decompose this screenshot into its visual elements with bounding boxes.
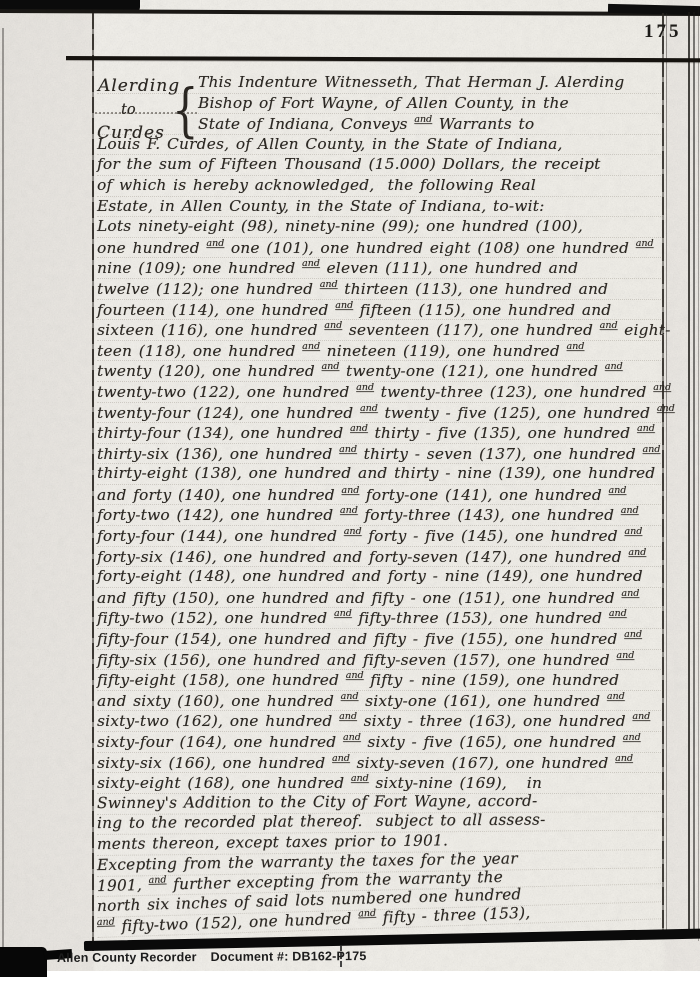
deed-line: fifty-four (154), one hundred and fifty …: [97, 629, 663, 650]
deed-line: forty-eight (148), one hundred and forty…: [97, 567, 663, 588]
deed-line: sixty-six (166), one hundred and sixty-s…: [97, 753, 663, 774]
deed-line: forty-four (144), one hundred and forty …: [97, 526, 663, 547]
deed-line: forty-six (146), one hundred and forty-s…: [97, 547, 663, 568]
deed-line: of which is hereby acknowledged, the fol…: [97, 176, 663, 197]
deed-line: and sixty (160), one hundred and sixty-o…: [97, 691, 663, 712]
deed-line: Bishop of Fort Wayne, of Allen County, i…: [97, 94, 663, 115]
deed-line: sixty-four (164), one hundred and sixty …: [97, 732, 663, 753]
book-page-edge-line-2: [693, 12, 695, 938]
deed-line: twelve (112); one hundred and thirteen (…: [97, 279, 663, 300]
recorder-footer: Allen County RecorderDocument #: DB162-P…: [57, 949, 367, 965]
deed-line: fifty-eight (158), one hundred and fifty…: [97, 670, 663, 691]
ledger-left-rule: [92, 13, 94, 951]
deed-line: fourteen (114), one hundred and fifteen …: [97, 300, 663, 321]
deed-line: sixteen (116), one hundred and seventeen…: [97, 320, 663, 341]
deed-line: thirty-four (134), one hundred and thirt…: [97, 423, 663, 444]
deed-line: one hundred and one (101), one hundred e…: [97, 238, 663, 259]
deed-line: teen (118), one hundred and nineteen (11…: [97, 341, 663, 362]
footer-dashed-separator: [340, 945, 342, 967]
deed-line: and fifty (150), one hundred and fifty -…: [97, 588, 663, 609]
scan-bottom-left-blob: [0, 947, 47, 977]
deed-line: sixty-two (162), one hundred and sixty -…: [97, 711, 663, 732]
deed-line: thirty-eight (138), one hundred and thir…: [97, 464, 663, 485]
book-page-edge-line-1: [688, 12, 690, 938]
recorder-agency: Allen County Recorder: [57, 950, 197, 965]
deed-line: forty-two (142), one hundred and forty-t…: [97, 505, 663, 526]
deed-line: fifty-two (152), one hundred and fifty-t…: [97, 608, 663, 629]
book-page-edge-line-3: [698, 6, 699, 941]
deed-line: nine (109); one hundred and eleven (111)…: [97, 258, 663, 279]
ledger-header-rule: [66, 56, 700, 62]
deed-line: thirty-six (136), one hundred and thirty…: [97, 444, 663, 465]
deed-line: for the sum of Fifteen Thousand (15.000)…: [97, 155, 663, 176]
scan-top-edge-line: [0, 9, 700, 16]
deed-line: Estate, in Allen County, in the State of…: [97, 197, 663, 218]
deed-line: twenty-four (124), one hundred and twent…: [97, 403, 663, 424]
deed-line: fifty-six (156), one hundred and fifty-s…: [97, 650, 663, 671]
deed-lines: This Indenture Witnesseth, That Herman J…: [97, 73, 663, 938]
scan-viewport: 175 Alerding to Curdes { This Indenture …: [0, 0, 700, 984]
scan-page: 175 Alerding to Curdes { This Indenture …: [0, 0, 700, 971]
deed-line: twenty-two (122), one hundred and twenty…: [97, 382, 663, 403]
deed-line: twenty (120), one hundred and twenty-one…: [97, 361, 663, 382]
deed-line: Louis F. Curdes, of Allen County, in the…: [97, 135, 663, 156]
deed-line: State of Indiana, Conveys and Warrants t…: [97, 114, 663, 135]
deed-line: This Indenture Witnesseth, That Herman J…: [97, 73, 663, 94]
deed-line: and forty (140), one hundred and forty-o…: [97, 485, 663, 506]
ledger-right-rule-inner: [666, 13, 667, 934]
scan-left-edge-line: [2, 28, 4, 953]
page-number: 175: [644, 21, 682, 43]
recorder-document-id: Document #: DB162-P175: [211, 949, 367, 964]
deed-line: Lots ninety-eight (98), ninety-nine (99)…: [97, 217, 663, 238]
